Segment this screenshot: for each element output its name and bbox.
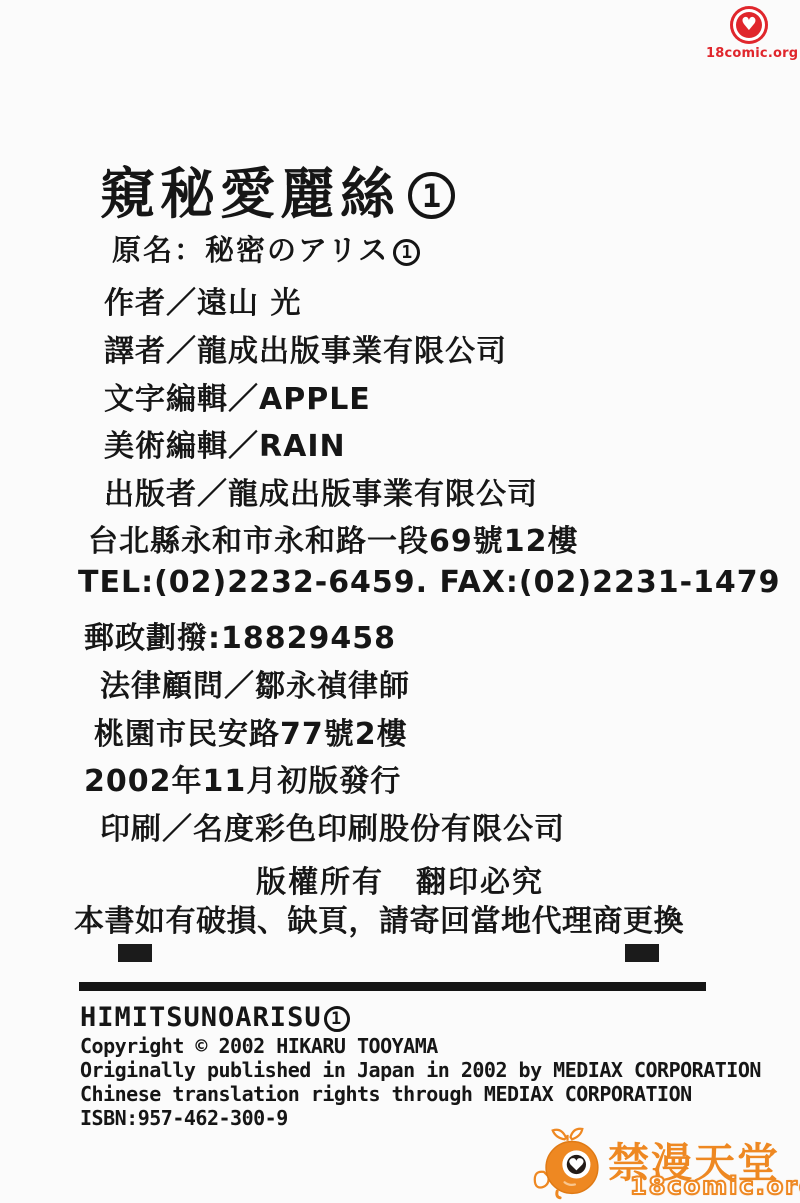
original-volume-circled: 1 (393, 239, 420, 266)
heart-icon: ♥ (741, 16, 757, 34)
end-mark-left (118, 944, 152, 962)
tel-fax-line: TEL:(02)2232-6459. FAX:(02)2231-1479 (78, 565, 781, 600)
origin-line: Originally published in Japan in 2002 by… (80, 1059, 761, 1081)
bottom-site-watermark: 禁漫天堂 18comic.org (532, 1124, 796, 1200)
rights-notice: 版權所有 翻印必究 (0, 857, 800, 901)
romaji-volume-circled: 1 (324, 1006, 350, 1032)
colophon-page: ♥ 18comic.org 窺秘愛麗絲1 原名：秘密のアリス1 作者／遠山 光 … (0, 0, 800, 1203)
printer-line: 印刷／名度彩色印刷股份有限公司 (100, 804, 565, 848)
legal-block: HIMITSUNOARISU1 Copyright © 2002 HIKARU … (80, 1002, 761, 1129)
translation-rights-line: Chinese translation rights through MEDIA… (80, 1083, 761, 1105)
divider-rule (79, 982, 706, 991)
advisor-address-line: 桃園市民安路77號2樓 (94, 709, 408, 753)
postal-line: 郵政劃撥:18829458 (84, 613, 396, 657)
bottom-watermark-site: 18comic.org (630, 1172, 800, 1200)
heart-badge-icon: ♥ (730, 6, 768, 44)
book-title-text: 窺秘愛麗絲 (100, 162, 400, 226)
text-editor-line: 文字編輯／APPLE (104, 374, 371, 418)
romaji-title: HIMITSUNOARISU1 (80, 1002, 761, 1033)
legal-advisor-line: 法律顧問／鄒永禎律師 (100, 661, 410, 705)
romaji-title-text: HIMITSUNOARISU (80, 1002, 322, 1033)
original-title: 原名：秘密のアリス1 (112, 228, 420, 269)
top-site-watermark: ♥ 18comic.org (706, 6, 792, 61)
art-editor-line: 美術編輯／RAIN (104, 421, 346, 465)
original-title-text: 原名：秘密のアリス (112, 233, 389, 267)
author-line: 作者／遠山 光 (104, 278, 301, 322)
copyright-line: Copyright © 2002 HIKARU TOOYAMA (80, 1035, 761, 1057)
book-title: 窺秘愛麗絲1 (100, 150, 455, 229)
publisher-line: 出版者／龍成出版事業有限公司 (104, 469, 538, 513)
damage-replacement-notice: 本書如有破損、缺頁，請寄回當地代理商更換 (74, 896, 684, 940)
end-mark-right (625, 944, 659, 962)
orange-mascot-icon (532, 1126, 606, 1200)
address-line: 台北縣永和市永和路一段69號12樓 (88, 516, 579, 560)
edition-date-line: 2002年11月初版發行 (84, 756, 401, 800)
volume-number-circled: 1 (408, 172, 455, 219)
translator-line: 譯者／龍成出版事業有限公司 (104, 326, 507, 370)
top-watermark-site-text: 18comic.org (706, 46, 792, 61)
